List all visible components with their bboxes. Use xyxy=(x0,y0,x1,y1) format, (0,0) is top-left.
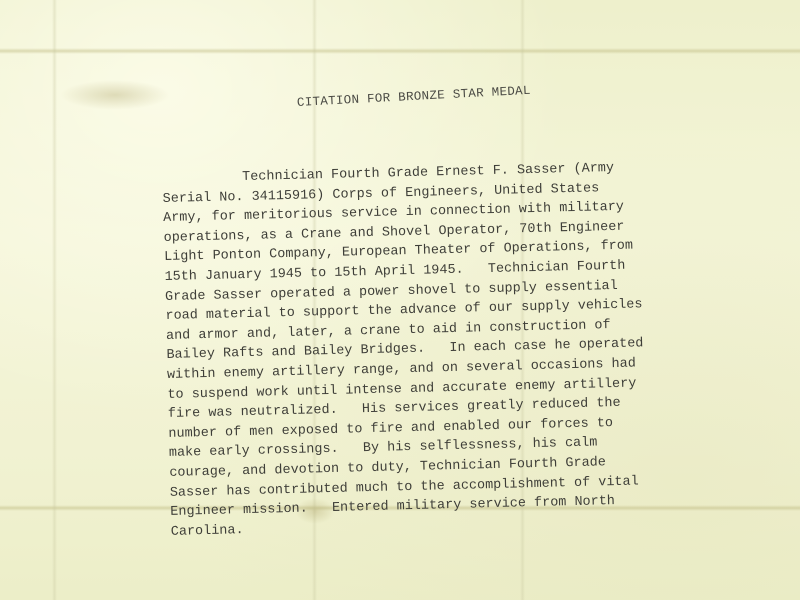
citation-body: Technician Fourth Grade Ernest F. Sasser… xyxy=(162,156,731,542)
paper-fold-horizontal xyxy=(0,48,800,54)
paper-fold-vertical xyxy=(52,0,57,600)
paper-stain xyxy=(60,80,170,110)
